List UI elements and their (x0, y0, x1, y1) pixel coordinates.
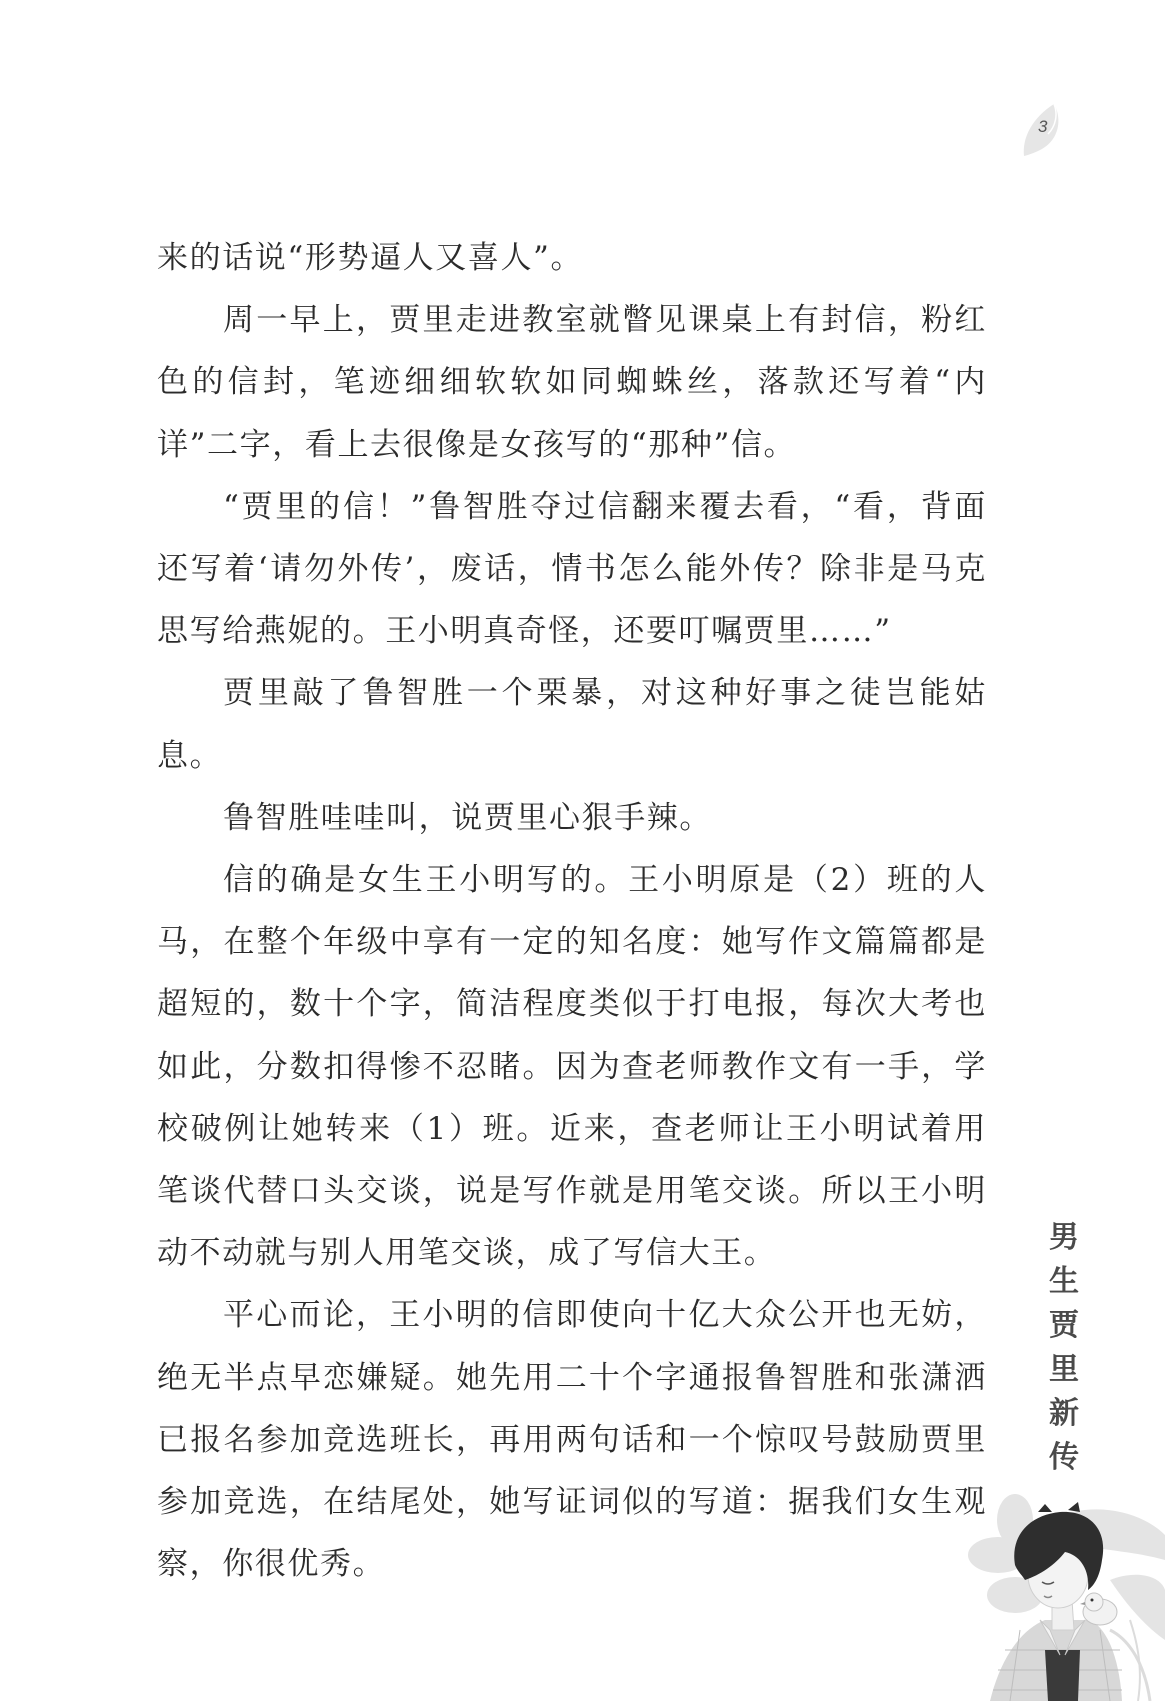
title-char: 新 (1046, 1392, 1082, 1436)
paragraph: 来的话说“形势逼人又喜人”。 (157, 227, 987, 289)
paragraph: 平心而论，王小明的信即使向十亿大众公开也无妨，绝无半点早恋嫌疑。她先用二十个字通… (157, 1284, 987, 1595)
paragraph: 贾里敲了鲁智胜一个栗暴，对这种好事之徒岂能姑息。 (157, 662, 987, 786)
boy-with-bird-illustration (960, 1480, 1165, 1701)
book-title-vertical: 男 生 贾 里 新 传 (1046, 1216, 1082, 1480)
title-char: 贾 (1046, 1304, 1082, 1348)
paragraph: 鲁智胜哇哇叫，说贾里心狠手辣。 (157, 787, 987, 849)
page-number-badge: 3 (1018, 100, 1066, 160)
paragraph: 周一早上，贾里走进教室就瞥见课桌上有封信，粉红色的信封，笔迹细细软软如同蜘蛛丝，… (157, 289, 987, 476)
title-char: 里 (1046, 1348, 1082, 1392)
body-text: 来的话说“形势逼人又喜人”。 周一早上，贾里走进教室就瞥见课桌上有封信，粉红色的… (157, 227, 987, 1595)
page-number: 3 (1038, 117, 1047, 137)
paragraph: 信的确是女生王小明写的。王小明原是（2）班的人马，在整个年级中享有一定的知名度：… (157, 849, 987, 1284)
title-char: 男 (1046, 1216, 1082, 1260)
paragraph: “贾里的信！”鲁智胜夺过信翻来覆去看，“看，背面还写着‘请勿外传’，废话，情书怎… (157, 476, 987, 663)
title-char: 生 (1046, 1260, 1082, 1304)
title-char: 传 (1046, 1436, 1082, 1480)
